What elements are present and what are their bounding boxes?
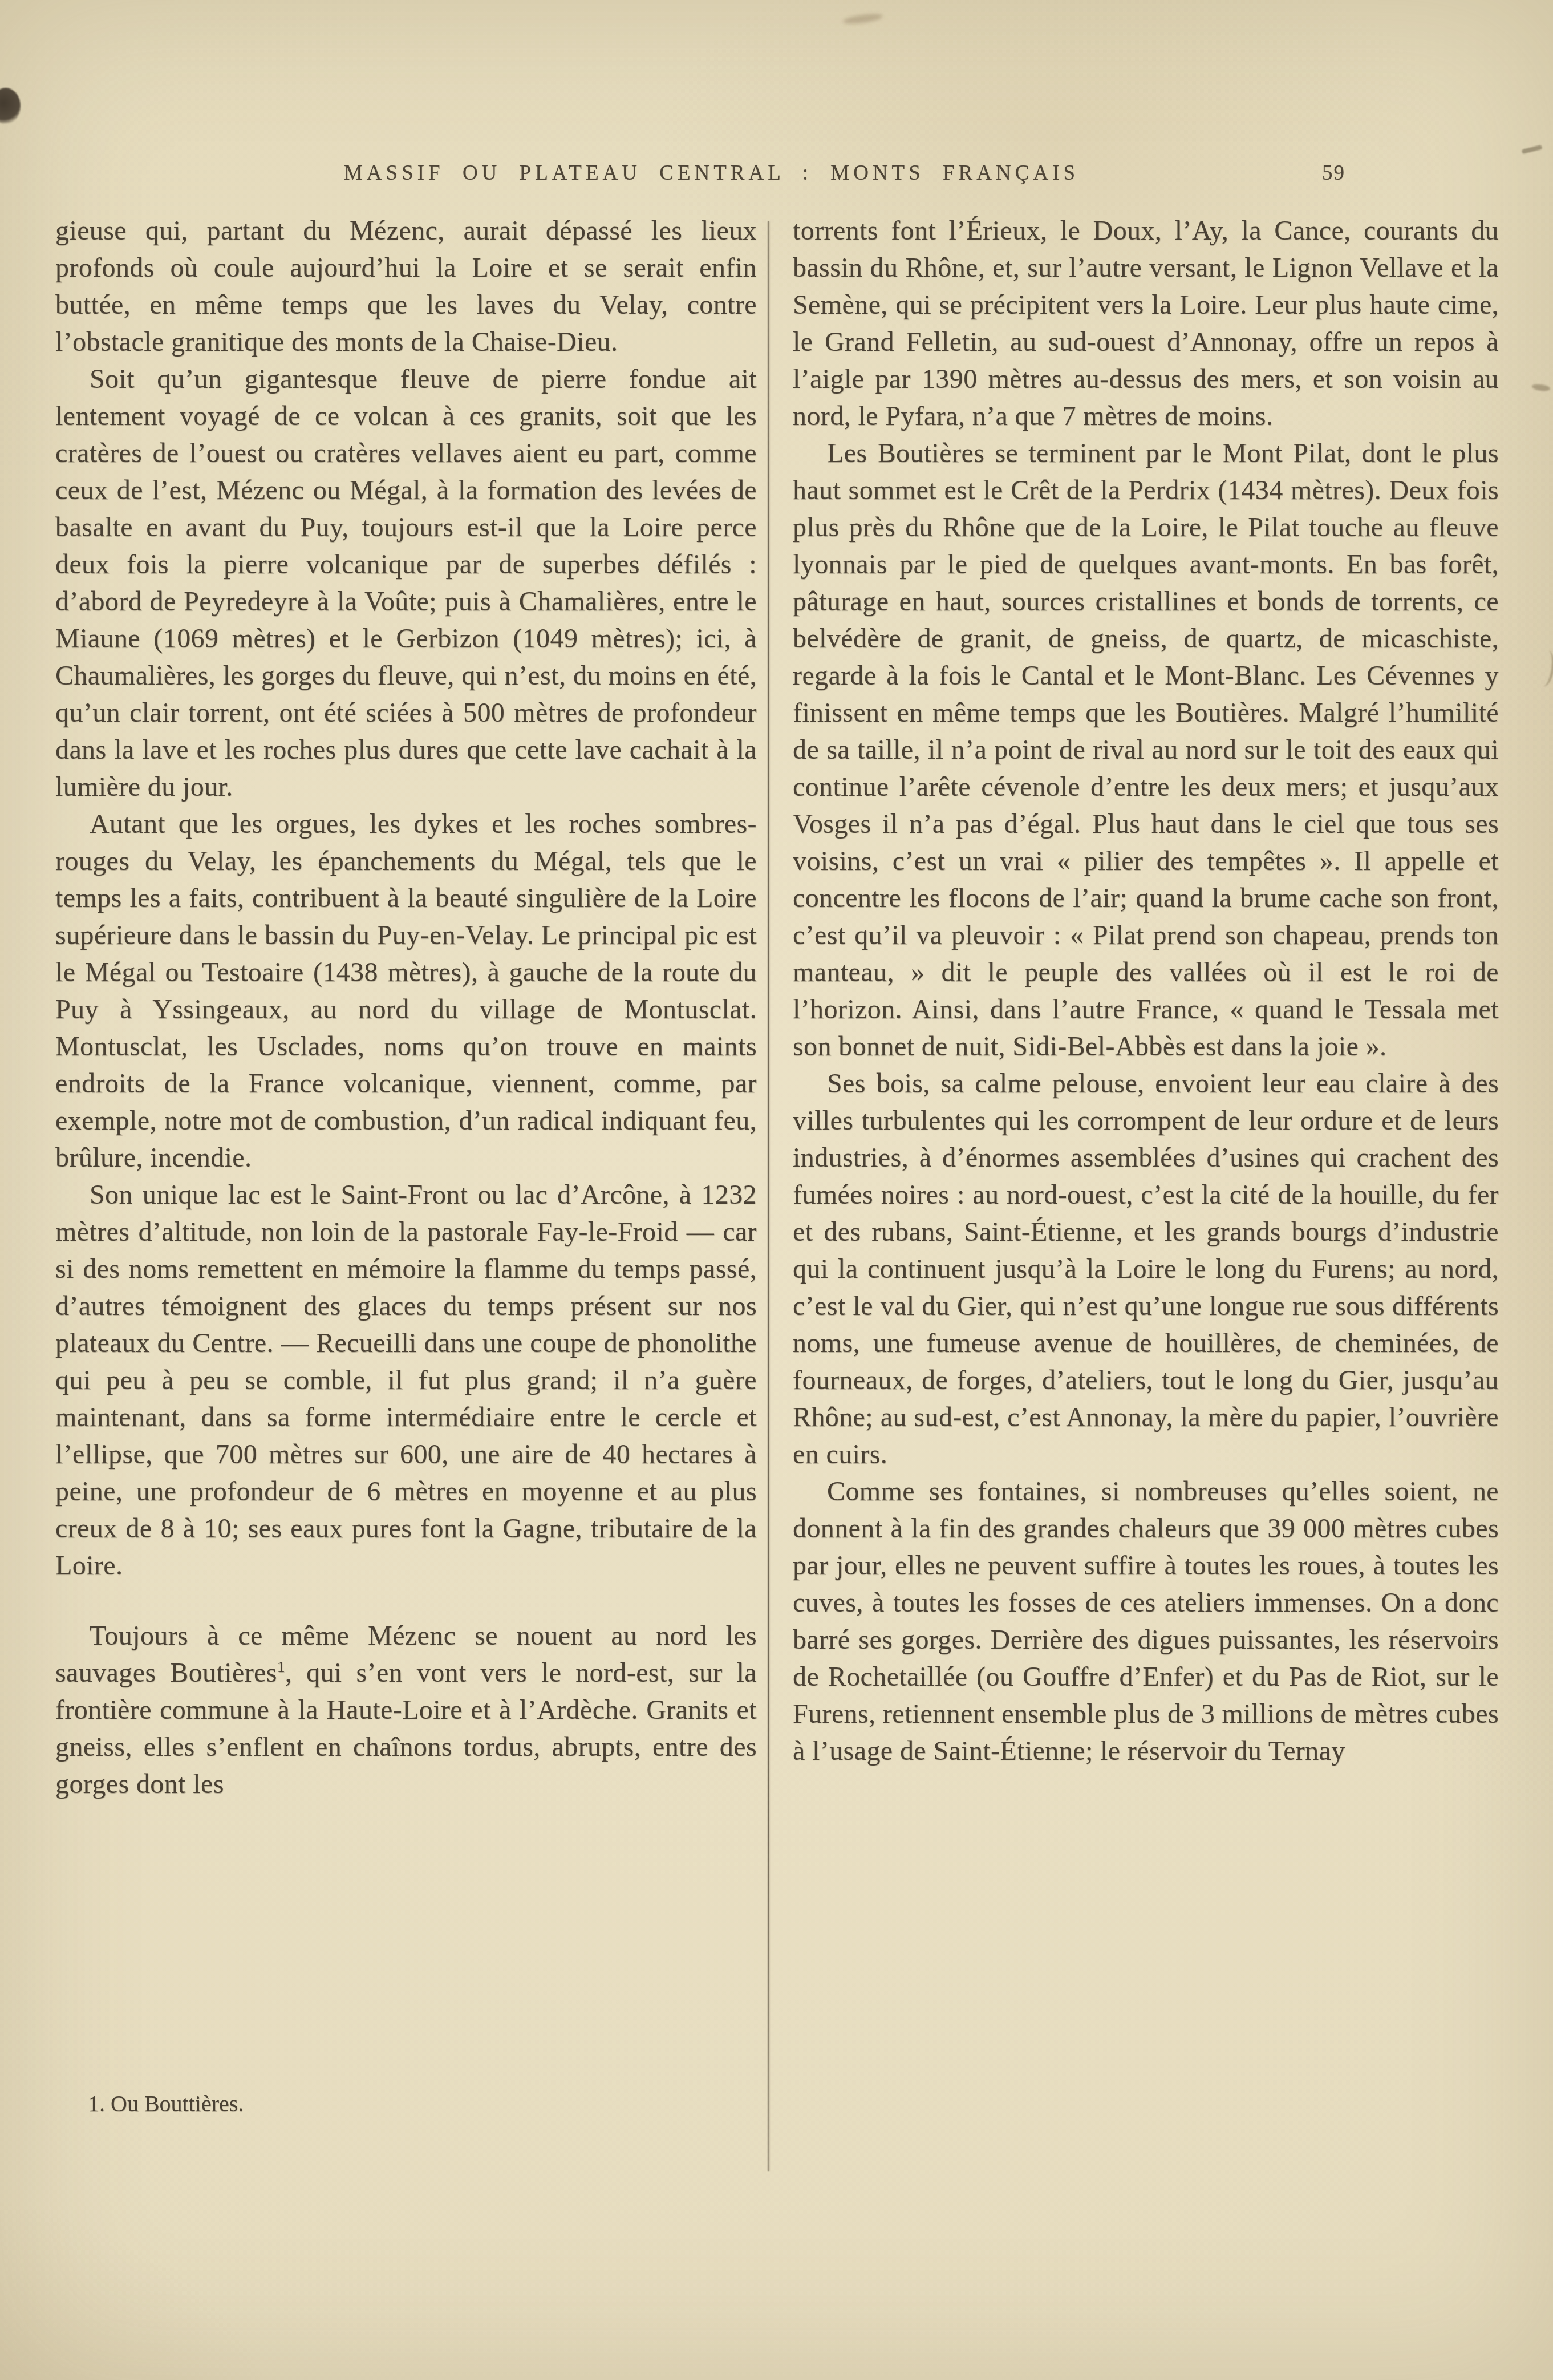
paper-speck [1522,145,1543,154]
paragraph: Les Boutières se terminent par le Mont P… [793,435,1499,1065]
paragraph: Toujours à ce même Mézenc se nouent au n… [55,1617,757,1803]
right-column: torrents font l’Érieux, le Doux, l’Ay, l… [793,212,1499,1770]
paragraph: Son unique lac est le Saint-Front ou lac… [55,1176,757,1584]
running-head-title: MASSIF OU PLATEAU CENTRAL : MONTS FRANÇA… [54,161,1369,185]
paragraph: Comme ses fontaines, si nombreuses qu’el… [793,1473,1499,1770]
column-divider-rule [768,221,769,2171]
paragraph: Autant que les orgues, les dykes et les … [55,806,757,1176]
paper-speck [1534,649,1553,688]
footnote: 1. Ou Bouttières. [62,2089,746,2119]
paper-smudge [842,12,883,26]
paper-speck [1531,383,1550,392]
page-number: 59 [1322,161,1345,185]
book-page: MASSIF OU PLATEAU CENTRAL : MONTS FRANÇA… [0,0,1553,2380]
paragraph: Ses bois, sa calme pelouse, envoient leu… [793,1065,1499,1473]
paragraph: Soit qu’un gigantesque fleuve de pierre … [55,361,757,806]
paragraph: torrents font l’Érieux, le Doux, l’Ay, l… [793,212,1499,435]
footnote-reference: 1 [277,1658,285,1676]
paragraph: gieuse qui, partant du Mézenc, aurait dé… [55,212,757,361]
left-column: gieuse qui, partant du Mézenc, aurait dé… [55,212,757,1803]
ink-blot [0,88,21,124]
